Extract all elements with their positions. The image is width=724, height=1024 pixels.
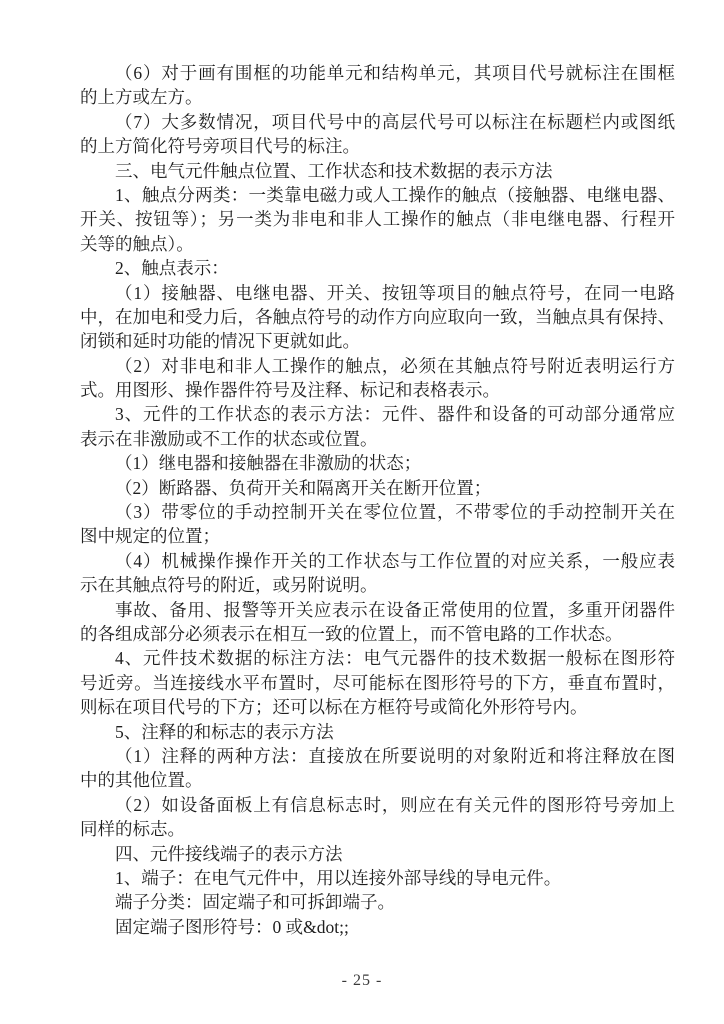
text-line: （1）注释的两种方法：直接放在所要说明的对象附近和将注释放在图 xyxy=(80,744,675,768)
text-line: 开关、按钮等）；另一类为非电和非人工操作的触点（非电继电器、行程开 xyxy=(80,207,675,231)
paragraph: （4）机械操作操作开关的工作状态与工作位置的对应关系，一般应表示在其触点符号的附… xyxy=(80,549,675,598)
paragraph: 四、元件接线端子的表示方法 xyxy=(80,842,675,866)
text-line: 表示在非激励或不工作的状态或位置。 xyxy=(80,427,675,451)
text-line: 的各组成部分必须表示在相互一致的位置上，而不管电路的工作状态。 xyxy=(80,622,675,646)
paragraph: （1）继电器和接触器在非激励的状态； xyxy=(80,451,675,475)
text-line: （7）大多数情况，项目代号中的高层代号可以标注在标题栏内或图纸 xyxy=(80,110,675,134)
paragraph: （1）注释的两种方法：直接放在所要说明的对象附近和将注释放在图中的其他位置。 xyxy=(80,744,675,793)
text-line: （2）对非电和非人工操作的触点，必须在其触点符号附近表明运行方 xyxy=(80,354,675,378)
text-line: 示在其触点符号的附近，或另附说明。 xyxy=(80,573,675,597)
paragraph: （3）带零位的手动控制开关在零位位置，不带零位的手动控制开关在图中规定的位置； xyxy=(80,500,675,549)
paragraph: 事故、备用、报警等开关应表示在设备正常使用的位置，多重开闭器件的各组成部分必须表… xyxy=(80,598,675,647)
document-page: （6）对于画有围框的功能单元和结构单元，其项目代号就标注在围框的上方或左方。（7… xyxy=(0,0,724,1024)
text-line: （2）断路器、负荷开关和隔离开关在断开位置； xyxy=(80,476,675,500)
paragraph: 1、触点分两类：一类靠电磁力或人工操作的触点（接触器、电继电器、开关、按钮等）；… xyxy=(80,183,675,256)
text-line: （1）接触器、电继电器、开关、按钮等项目的触点符号，在同一电路 xyxy=(80,281,675,305)
text-line: 1、触点分两类：一类靠电磁力或人工操作的触点（接触器、电继电器、 xyxy=(80,183,675,207)
text-line: 同样的标志。 xyxy=(80,817,675,841)
paragraph: 5、注释的和标志的表示方法 xyxy=(80,720,675,744)
text-line: 1、端子：在电气元件中，用以连接外部导线的导电元件。 xyxy=(80,866,675,890)
text-line: 图中规定的位置； xyxy=(80,524,675,548)
text-line: 的上方简化符号旁项目代号的标注。 xyxy=(80,134,675,158)
paragraph: （2）对非电和非人工操作的触点，必须在其触点符号附近表明运行方式。用图形、操作器… xyxy=(80,354,675,403)
text-line: 的上方或左方。 xyxy=(80,85,675,109)
text-line: 式。用图形、操作器件符号及注释、标记和表格表示。 xyxy=(80,378,675,402)
text-line: 2、触点表示： xyxy=(80,256,675,280)
text-line: （6）对于画有围框的功能单元和结构单元，其项目代号就标注在围框 xyxy=(80,61,675,85)
text-line: 4、元件技术数据的标注方法：电气元器件的技术数据一般标在图形符 xyxy=(80,646,675,670)
text-line: 则标在项目代号的下方；还可以标在方框符号或简化外形符号内。 xyxy=(80,695,675,719)
paragraph: （7）大多数情况，项目代号中的高层代号可以标注在标题栏内或图纸的上方简化符号旁项… xyxy=(80,110,675,159)
text-line: 3、元件的工作状态的表示方法：元件、器件和设备的可动部分通常应 xyxy=(80,402,675,426)
paragraph: 端子分类：固定端子和可拆卸端子。 xyxy=(80,890,675,914)
paragraph: 4、元件技术数据的标注方法：电气元器件的技术数据一般标在图形符号近旁。当连接线水… xyxy=(80,646,675,719)
paragraph: 3、元件的工作状态的表示方法：元件、器件和设备的可动部分通常应表示在非激励或不工… xyxy=(80,402,675,451)
text-line: 闭锁和延时功能的情况下更就如此。 xyxy=(80,329,675,353)
text-line: 关等的触点）。 xyxy=(80,232,675,256)
text-line: 三、电气元件触点位置、工作状态和技术数据的表示方法 xyxy=(80,159,675,183)
text-line: 中，在加电和受力后，各触点符号的动作方向应取向一致，当触点具有保持、 xyxy=(80,305,675,329)
text-line: （2）如设备面板上有信息标志时，则应在有关元件的图形符号旁加上 xyxy=(80,793,675,817)
paragraph: （6）对于画有围框的功能单元和结构单元，其项目代号就标注在围框的上方或左方。 xyxy=(80,61,675,110)
paragraph: 2、触点表示： xyxy=(80,256,675,280)
document-body: （6）对于画有围框的功能单元和结构单元，其项目代号就标注在围框的上方或左方。（7… xyxy=(80,61,675,939)
paragraph: （2）如设备面板上有信息标志时，则应在有关元件的图形符号旁加上同样的标志。 xyxy=(80,793,675,842)
text-line: 中的其他位置。 xyxy=(80,768,675,792)
paragraph: 1、端子：在电气元件中，用以连接外部导线的导电元件。 xyxy=(80,866,675,890)
paragraph: 三、电气元件触点位置、工作状态和技术数据的表示方法 xyxy=(80,159,675,183)
text-line: 端子分类：固定端子和可拆卸端子。 xyxy=(80,890,675,914)
page-number: - 25 - xyxy=(0,970,724,992)
paragraph: （1）接触器、电继电器、开关、按钮等项目的触点符号，在同一电路中，在加电和受力后… xyxy=(80,281,675,354)
text-line: 四、元件接线端子的表示方法 xyxy=(80,842,675,866)
paragraph: 固定端子图形符号：0 或&dot;; xyxy=(80,915,675,939)
text-line: （1）继电器和接触器在非激励的状态； xyxy=(80,451,675,475)
text-line: 号近旁。当连接线水平布置时，尽可能标在图形符号的下方，垂直布置时， xyxy=(80,671,675,695)
text-line: 5、注释的和标志的表示方法 xyxy=(80,720,675,744)
text-line: （4）机械操作操作开关的工作状态与工作位置的对应关系，一般应表 xyxy=(80,549,675,573)
text-line: （3）带零位的手动控制开关在零位位置，不带零位的手动控制开关在 xyxy=(80,500,675,524)
text-line: 事故、备用、报警等开关应表示在设备正常使用的位置，多重开闭器件 xyxy=(80,598,675,622)
text-line: 固定端子图形符号：0 或&dot;; xyxy=(80,915,675,939)
paragraph: （2）断路器、负荷开关和隔离开关在断开位置； xyxy=(80,476,675,500)
